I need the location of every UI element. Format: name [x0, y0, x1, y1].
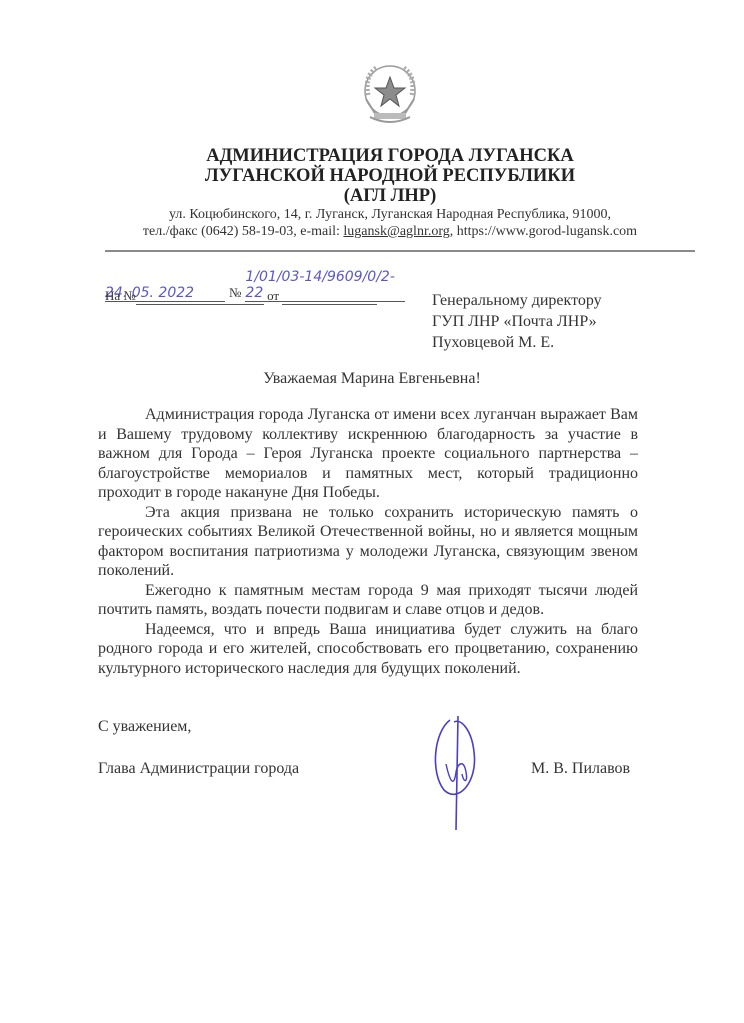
ref-date-blank — [282, 288, 377, 305]
ref-number-blank — [136, 288, 264, 305]
addressee-org: ГУП ЛНР «Почта ЛНР» — [432, 311, 602, 332]
body-paragraph: Администрация города Луганска от имени в… — [98, 405, 638, 503]
addressee-block: Генеральному директору ГУП ЛНР «Почта ЛН… — [432, 290, 602, 353]
body-paragraph: Эта акция призвана не только сохранить и… — [98, 503, 638, 581]
ref-label: На № — [105, 288, 136, 303]
org-title-line2: ЛУГАНСКОЙ НАРОДНОЙ РЕСПУБЛИКИ — [0, 166, 744, 186]
body-paragraph: Ежегодно к памятным местам города 9 мая … — [98, 581, 638, 620]
org-contacts: тел./факс (0642) 58-19-03, e-mail: lugan… — [0, 223, 744, 241]
header-divider — [105, 250, 695, 252]
letter-body: Администрация города Луганска от имени в… — [98, 405, 638, 678]
org-title-abbr: (АГЛ ЛНР) — [0, 186, 744, 206]
website-text: , https://www.gorod-lugansk.com — [450, 224, 637, 239]
addressee-position: Генеральному директору — [432, 290, 602, 311]
incoming-reference: На № от — [105, 288, 377, 305]
email-link[interactable]: lugansk@aglnr.org — [343, 224, 449, 239]
salutation: Уважаемая Марина Евгеньевна! — [0, 370, 744, 388]
org-title-line1: АДМИНИСТРАЦИЯ ГОРОДА ЛУГАНСКА — [0, 146, 744, 166]
body-paragraph: Надеемся, что и впредь Ваша инициатива б… — [98, 620, 638, 679]
contacts-prefix: тел./факс (0642) 58-19-03, e-mail: — [143, 224, 343, 239]
ref-from-label: от — [267, 288, 279, 303]
org-address: ул. Коцюбинского, 14, г. Луганск, Луганс… — [0, 206, 744, 224]
addressee-name: Пуховцевой М. Е. — [432, 332, 602, 353]
coat-of-arms-icon — [350, 55, 430, 135]
signatory-name: М. В. Пилавов — [531, 760, 630, 778]
closing-regards: С уважением, — [98, 718, 191, 736]
signature-icon — [428, 712, 488, 832]
signatory-position: Глава Администрации города — [98, 760, 299, 778]
